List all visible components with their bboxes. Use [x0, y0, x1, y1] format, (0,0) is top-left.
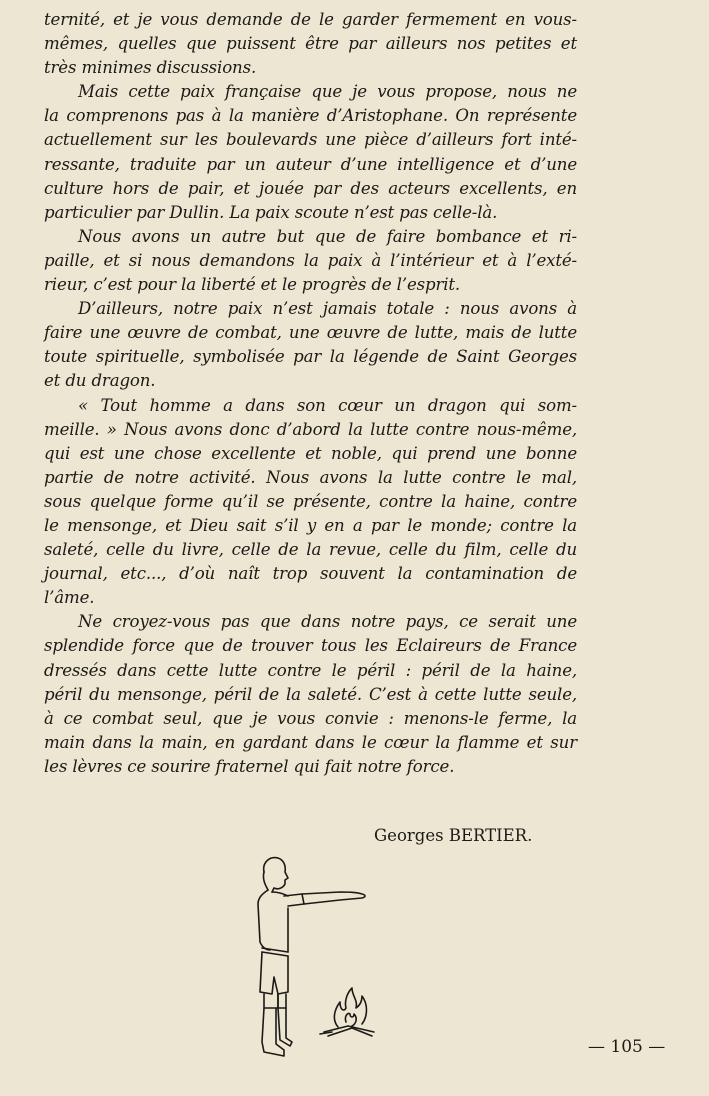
text-line: qui est une chose excellente et noble, q… — [44, 442, 577, 466]
text-line: les lèvres ce sourire fraternel qui fait… — [44, 755, 577, 779]
text-line: faire une œuvre de combat, une œuvre de … — [44, 321, 577, 345]
text-line: toute spirituelle, symbolisée par la lég… — [44, 345, 577, 369]
text-line: Nous avons un autre but que de faire bom… — [44, 225, 577, 249]
text-line: particulier par Dullin. La paix scoute n… — [44, 201, 577, 225]
text-line: saleté, celle du livre, celle de la revu… — [44, 538, 577, 562]
text-line: sous quelque forme qu’il se présente, co… — [44, 490, 577, 514]
text-line: paille, et si nous demandons la paix à l… — [44, 249, 577, 273]
text-line: rieur, c’est pour la liberté et le progr… — [44, 273, 577, 297]
text-line: partie de notre activité. Nous avons la … — [44, 466, 577, 490]
body-text: ternité, et je vous demande de le garder… — [44, 8, 577, 779]
text-line: « Tout homme a dans son cœur un dragon q… — [44, 394, 577, 418]
scout-saluting-campfire-icon — [228, 852, 378, 1067]
text-line: péril du mensonge, péril de la saleté. C… — [44, 683, 577, 707]
text-line: actuellement sur les boulevards une pièc… — [44, 128, 577, 152]
text-line: D’ailleurs, notre paix n’est jamais tota… — [44, 297, 577, 321]
text-line: splendide force que de trouver tous les … — [44, 634, 577, 658]
text-line: meille. » Nous avons donc d’abord la lut… — [44, 418, 577, 442]
text-line: journal, etc..., d’où naît trop souvent … — [44, 562, 577, 586]
text-line: dressés dans cette lutte contre le péril… — [44, 659, 577, 683]
page-number: — 105 — — [588, 1037, 665, 1057]
text-line: main dans la main, en gardant dans le cœ… — [44, 731, 577, 755]
signature-first-name: Georges — [374, 826, 444, 845]
signature: Georges BERTIER. — [374, 826, 532, 845]
text-line: culture hors de pair, et jouée par des a… — [44, 177, 577, 201]
text-line: ressante, traduite par un auteur d’une i… — [44, 153, 577, 177]
text-line: l’âme. — [44, 586, 577, 610]
text-line: Mais cette paix française que je vous pr… — [44, 80, 577, 104]
text-line: la comprenons pas à la manière d’Aristop… — [44, 104, 577, 128]
text-line: très minimes discussions. — [44, 56, 577, 80]
text-line: Ne croyez-vous pas que dans notre pays, … — [44, 610, 577, 634]
text-line: à ce combat seul, que je vous convie : m… — [44, 707, 577, 731]
signature-last-name: BERTIER. — [449, 826, 533, 845]
text-line: et du dragon. — [44, 369, 577, 393]
text-line: mêmes, quelles que puissent être par ail… — [44, 32, 577, 56]
text-line: le mensonge, et Dieu sait s’il y en a pa… — [44, 514, 577, 538]
text-line: ternité, et je vous demande de le garder… — [44, 8, 577, 32]
